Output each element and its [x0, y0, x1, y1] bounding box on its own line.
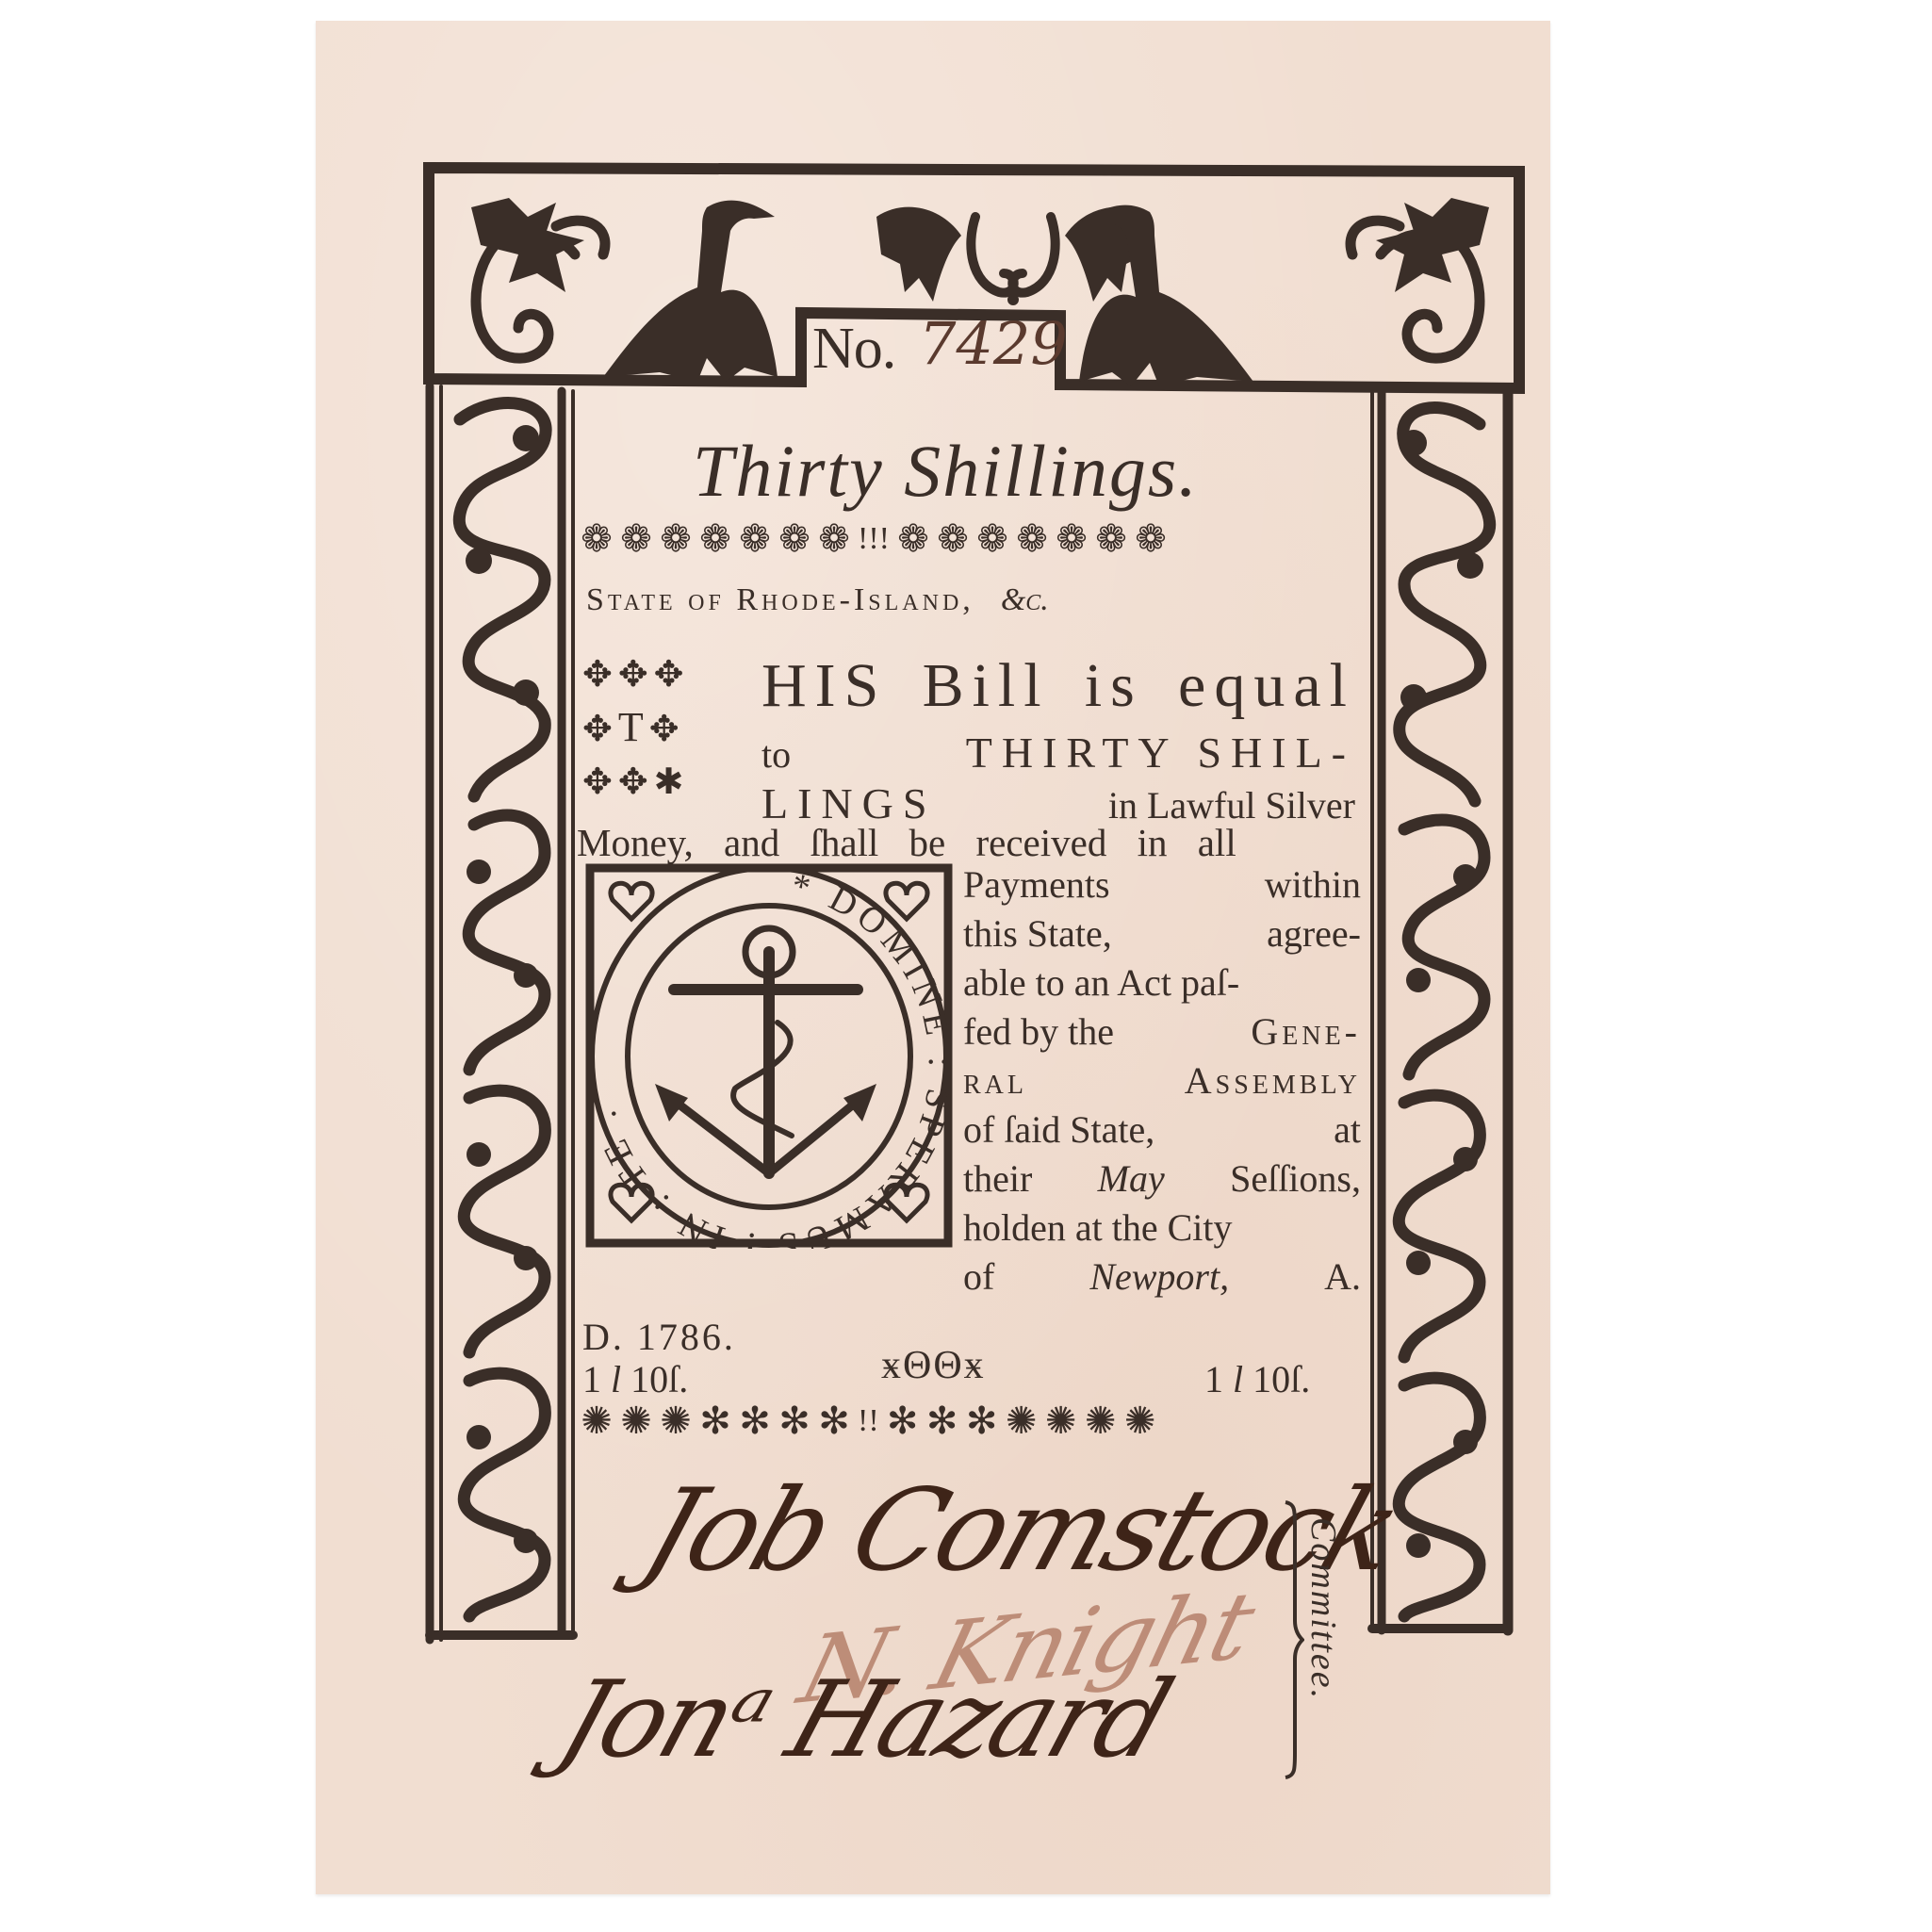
body-line-1: HISBillisequal: [761, 650, 1355, 722]
rosette-icon: ❁: [1091, 520, 1131, 558]
serial-number: 7429: [919, 309, 1068, 378]
rosette-icon: ✺: [1002, 1402, 1041, 1440]
issuer-line: State of Rhode-Island,&c.: [586, 582, 1049, 618]
rosette-icon: ✻: [883, 1402, 923, 1440]
rosette-icon: ✺: [656, 1402, 696, 1440]
rcol-line-7: theirMaySeſſions,: [963, 1156, 1361, 1201]
rosette-icon: ❁: [577, 520, 616, 558]
committee-label: Committee.: [1302, 1517, 1344, 1700]
rosette-icon: ❁: [616, 520, 656, 558]
rosette-icon: ✺: [577, 1402, 616, 1440]
rcol-line-6: of ſaid State,at: [963, 1107, 1361, 1152]
body-line-1-text: HISBillisequal: [761, 650, 1355, 722]
rcol-line-1: Paymentswithin: [963, 862, 1361, 907]
ornament-marks: !!: [854, 1405, 883, 1437]
committee-bracket: [1282, 1498, 1304, 1781]
rosette-icon: ❁: [775, 520, 814, 558]
seal-anchor-emblem: * DOMINE : SPERAMUS : IN : TE :: [584, 862, 954, 1249]
anchor-icon: [664, 928, 867, 1173]
rosette-icon: ✺: [1081, 1402, 1121, 1440]
body-line-2b: THIRTY SHIL-: [966, 728, 1355, 778]
rosette-border-bottom: ✺ ✺ ✺ ✻ ✻ ✻ ✻ !! ✻ ✻ ✻ ✺ ✺ ✺ ✺: [577, 1402, 1160, 1440]
body-line-2a: to: [761, 732, 791, 777]
issuer-name: State of Rhode-Island,: [586, 582, 974, 617]
rosette-icon: ❁: [696, 520, 735, 558]
right-column-text: Paymentswithin this State,agree- able to…: [963, 862, 1361, 1305]
ornament-marks: !!!: [854, 523, 893, 555]
rosette-icon: ❁: [1131, 520, 1171, 558]
rosette-border-top: ❁ ❁ ❁ ❁ ❁ ❁ ❁ !!! ❁ ❁ ❁ ❁ ❁ ❁ ❁: [577, 520, 1171, 558]
rosette-icon: ❁: [1052, 520, 1091, 558]
right-border-column: [1367, 386, 1522, 1635]
denomination-title: Thirty Shillings.: [693, 429, 1199, 514]
body-line-4-text: Money, and ſhall be received in all: [577, 821, 1236, 864]
rosette-icon: ✻: [696, 1402, 735, 1440]
rosette-icon: ❁: [656, 520, 696, 558]
rcol-line-2: this State,agree-: [963, 911, 1361, 956]
fleuron-row: ✥✥✥: [582, 648, 743, 701]
rcol-line-3: able to an Act paſ-: [963, 960, 1361, 1005]
rosette-icon: ❁: [933, 520, 973, 558]
drop-cap-letter: T: [618, 704, 649, 750]
rcol-line-8: holden at the City: [963, 1205, 1361, 1250]
fleuron-row: ✥T✥: [582, 701, 743, 756]
rosette-icon: ✺: [1121, 1402, 1160, 1440]
body-line-2: to THIRTY SHIL-: [761, 728, 1355, 778]
rcol-line-9: ofNewport,A.: [963, 1254, 1361, 1299]
rcol-line-5: ralAssembly: [963, 1058, 1361, 1103]
drop-cap-block: ✥✥✥ ✥T✥ ✥✥✱: [582, 648, 743, 809]
rosette-icon: ✻: [735, 1402, 775, 1440]
rosette-icon: ✺: [1041, 1402, 1081, 1440]
scroll-ornament-right-icon: [1310, 188, 1508, 368]
rosette-icon: ❁: [1012, 520, 1052, 558]
amount-left: 1 l 10ſ.: [582, 1357, 688, 1401]
amount-right: 1 l 10ſ.: [1204, 1357, 1310, 1401]
fleuron-row: ✥✥✱: [582, 756, 743, 809]
signature-jona-hazard: Jonᵃ Hazard: [546, 1659, 1183, 1781]
left-border-column: [422, 382, 575, 1645]
rosette-icon: ❁: [973, 520, 1012, 558]
rosette-icon: ❁: [735, 520, 775, 558]
rosette-icon: ❁: [893, 520, 933, 558]
body-line-4: Money, and ſhall be received in all: [577, 820, 1355, 865]
rosette-icon: ❁: [814, 520, 854, 558]
date-line: D. 1786.: [582, 1315, 736, 1359]
rosette-icon: ✻: [923, 1402, 962, 1440]
rosette-icon: ✻: [775, 1402, 814, 1440]
rcol-line-4: fed by theGene-: [963, 1009, 1361, 1054]
eagle-right-icon: [1065, 193, 1291, 396]
eagle-left-icon: [565, 188, 792, 386]
rosette-icon: ✻: [814, 1402, 854, 1440]
center-ornament: ӿΘΘӿ: [881, 1343, 986, 1388]
rosette-icon: ✻: [962, 1402, 1002, 1440]
serial-label: No.: [812, 316, 895, 383]
issuer-suffix: &c.: [1001, 582, 1049, 617]
rosette-icon: ✺: [616, 1402, 656, 1440]
